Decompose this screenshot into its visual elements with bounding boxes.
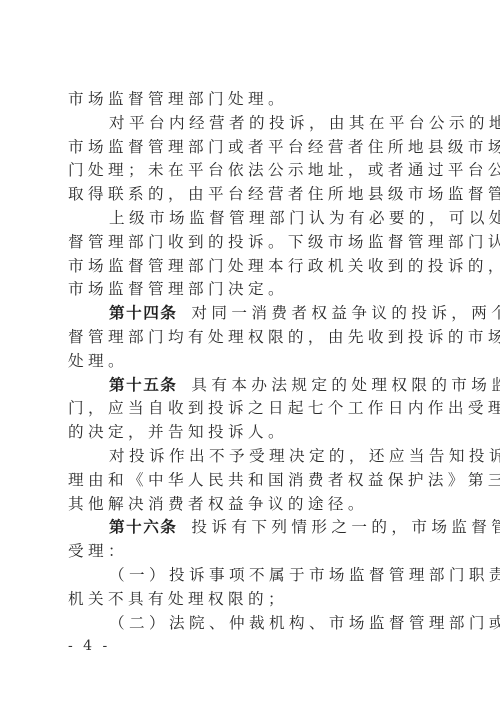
text-line: 门，应当自收到投诉之日起七个工作日内作出受理或者不予受理	[68, 397, 442, 421]
line-text: 取得联系的，由平台经营者住所地县级市场监督管理部门处理。	[68, 185, 500, 203]
line-text: 上级市场监督管理部门认为有必要的，可以处理下级市场监	[109, 209, 500, 227]
page-number: - 4 -	[68, 638, 110, 654]
text-line: 督管理部门收到的投诉。下级市场监督管理部门认为需要由上级	[68, 231, 442, 255]
text-line: 对平台内经营者的投诉，由其在平台公示的地址所在地县级	[68, 112, 442, 136]
text-line: 市场监督管理部门决定。	[68, 278, 442, 302]
text-line: 取得联系的，由平台经营者住所地县级市场监督管理部门处理。	[68, 183, 442, 207]
text-line: 对投诉作出不予受理决定的，还应当告知投诉人不予受理的	[68, 445, 442, 469]
line-text: 受理：	[68, 542, 128, 560]
line-text: 理由和《中华人民共和国消费者权益保护法》第三十九条规定的	[68, 471, 500, 489]
article-number: 第十四条	[109, 304, 177, 322]
text-line: 理由和《中华人民共和国消费者权益保护法》第三十九条规定的	[68, 469, 442, 493]
text-line: 处理。	[68, 350, 442, 374]
article-number: 第十五条	[109, 376, 177, 394]
article-line: 第十五条具有本办法规定的处理权限的市场监督管理部	[68, 374, 442, 398]
line-text: 对同一消费者权益争议的投诉，两个以上市场监	[191, 304, 500, 322]
line-text: （一）投诉事项不属于市场监督管理部门职责，或者本行政	[109, 566, 500, 584]
line-text: 市场监督管理部门处理。	[68, 90, 288, 108]
line-text: 对平台内经营者的投诉，由其在平台公示的地址所在地县级	[109, 114, 500, 132]
text-line: （二）法院、仲裁机构、市场监督管理部门或者其他行政机	[68, 612, 442, 636]
line-text: 门，应当自收到投诉之日起七个工作日内作出受理或者不予受理	[68, 399, 500, 417]
line-text: 的决定，并告知投诉人。	[68, 423, 288, 441]
text-line: 督管理部门均有处理权限的，由先收到投诉的市场监督管理部门	[68, 326, 442, 350]
text-line: 其他解决消费者权益争议的途径。	[68, 493, 442, 517]
text-line: 机关不具有处理权限的；	[68, 588, 442, 612]
text-line: 市场监督管理部门处理本行政机关收到的投诉的，可以报请上级	[68, 255, 442, 279]
text-line: 门处理；未在平台依法公示地址，或者通过平台公示的地址无法	[68, 159, 442, 183]
line-text: 机关不具有处理权限的；	[68, 590, 288, 608]
text-line: 市场监督管理部门或者平台经营者住所地县级市场监督管理部	[68, 136, 442, 160]
line-text: （二）法院、仲裁机构、市场监督管理部门或者其他行政机	[109, 614, 500, 632]
article-line: 第十六条投诉有下列情形之一的，市场监督管理部门不予	[68, 516, 442, 540]
line-text: 市场监督管理部门决定。	[68, 280, 288, 298]
line-text: 具有本办法规定的处理权限的市场监督管理部	[191, 376, 500, 394]
document-body: 市场监督管理部门处理。对平台内经营者的投诉，由其在平台公示的地址所在地县级市场监…	[68, 88, 442, 635]
line-text: 投诉有下列情形之一的，市场监督管理部门不予	[191, 518, 500, 536]
text-line: （一）投诉事项不属于市场监督管理部门职责，或者本行政	[68, 564, 442, 588]
text-line: 上级市场监督管理部门认为有必要的，可以处理下级市场监	[68, 207, 442, 231]
line-text: 处理。	[68, 352, 128, 370]
line-text: 对投诉作出不予受理决定的，还应当告知投诉人不予受理的	[109, 447, 500, 465]
line-text: 督管理部门收到的投诉。下级市场监督管理部门认为需要由上级	[68, 233, 500, 251]
line-text: 督管理部门均有处理权限的，由先收到投诉的市场监督管理部门	[68, 328, 500, 346]
article-number: 第十六条	[109, 518, 177, 536]
line-text: 其他解决消费者权益争议的途径。	[68, 495, 368, 513]
text-line: 市场监督管理部门处理。	[68, 88, 442, 112]
line-text: 市场监督管理部门或者平台经营者住所地县级市场监督管理部	[68, 138, 500, 156]
line-text: 市场监督管理部门处理本行政机关收到的投诉的，可以报请上级	[68, 257, 500, 275]
article-line: 第十四条对同一消费者权益争议的投诉，两个以上市场监	[68, 302, 442, 326]
document-page: 市场监督管理部门处理。对平台内经营者的投诉，由其在平台公示的地址所在地县级市场监…	[0, 0, 500, 709]
text-line: 受理：	[68, 540, 442, 564]
line-text: 门处理；未在平台依法公示地址，或者通过平台公示的地址无法	[68, 161, 500, 179]
text-line: 的决定，并告知投诉人。	[68, 421, 442, 445]
